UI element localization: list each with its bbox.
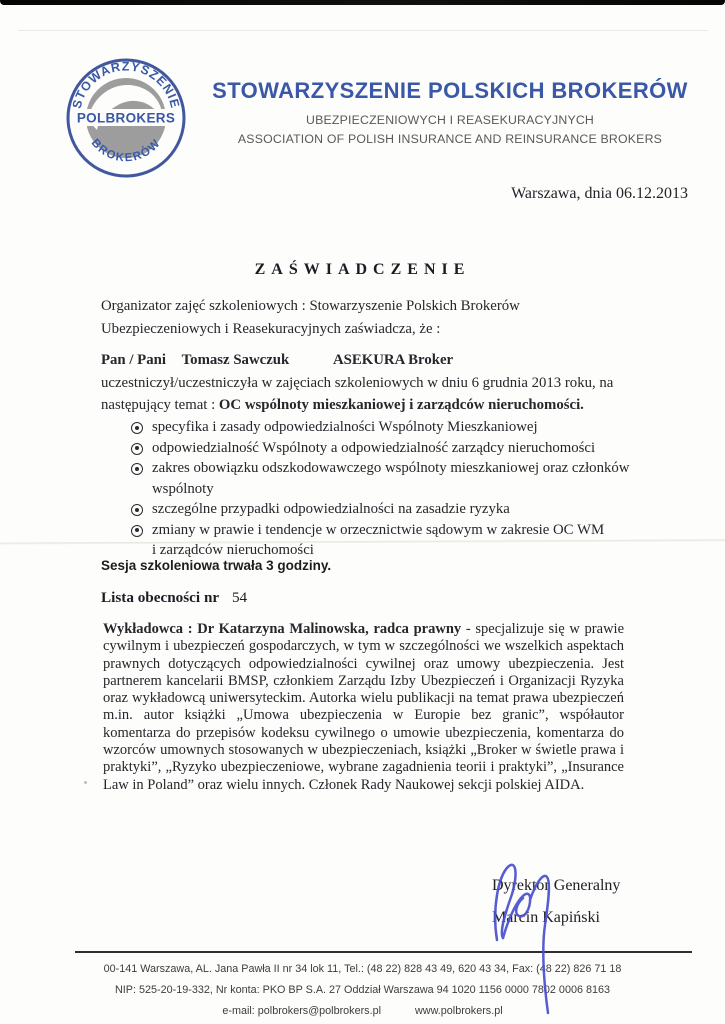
bullet-text: szczególne przypadki odpowiedzialności n… xyxy=(152,499,510,520)
fisheye-bullet-icon xyxy=(131,463,143,475)
certificate-heading: ZAŚWIADCZENIE xyxy=(0,261,725,279)
intro-line-1: Organizator zajęć szkoleniowych : Stowar… xyxy=(101,295,520,318)
fisheye-bullet-icon xyxy=(131,422,143,434)
topic-bullet-list: specyfika i zasady odpowiedzialności Wsp… xyxy=(131,417,676,561)
list-item: zakres obowiązku odszkodowawczego wspóln… xyxy=(131,458,676,499)
fisheye-bullet-icon xyxy=(131,525,143,537)
list-item: odpowiedzialność Wspólnoty a odpowiedzia… xyxy=(131,438,676,459)
org-title: STOWARZYSZENIE POLSKICH BROKERÓW xyxy=(200,78,700,104)
list-item: specyfika i zasady odpowiedzialności Wsp… xyxy=(131,417,676,438)
participant-block: Pan / Pani Tomasz Sawczuk ASEKURA Broker… xyxy=(101,349,613,417)
footer-address-line: 00-141 Warszawa, AL. Jana Pawła II nr 34… xyxy=(0,959,725,980)
participant-name: Tomasz Sawczuk xyxy=(182,352,290,368)
org-subtitle-pl: UBEZPIECZENIOWYCH I REASEKURACYJNYCH xyxy=(200,113,700,127)
attendance-line-2: następujący temat : OC wspólnoty mieszka… xyxy=(101,394,613,417)
attendance-line-1: uczestniczył/uczestniczyła w zajęciach s… xyxy=(101,372,613,395)
footer: 00-141 Warszawa, AL. Jana Pawła II nr 34… xyxy=(0,959,725,1022)
attendance-list-number: 54 xyxy=(232,589,247,606)
lecturer-bio: Wykładowca : Dr Katarzyna Malinowska, ra… xyxy=(103,621,624,794)
attendance-list-label: Lista obecności nr xyxy=(101,589,219,606)
training-topic: OC wspólnoty mieszkaniowej i zarządców n… xyxy=(219,397,584,413)
participant-row: Pan / Pani Tomasz Sawczuk ASEKURA Broker xyxy=(101,349,613,372)
session-duration: Sesja szkoleniowa trwała 3 godziny. xyxy=(101,558,331,573)
logo-middle-text: POLBROKERS xyxy=(77,111,175,126)
lecturer-name: Wykładowca : Dr Katarzyna Malinowska, ra… xyxy=(103,621,461,637)
participant-prefix: Pan / Pani xyxy=(101,352,166,368)
footer-contact-line: e-mail: polbrokers@polbrokers.plwww.polb… xyxy=(0,1001,725,1022)
fisheye-bullet-icon xyxy=(131,443,143,455)
dateline: Warszawa, dnia 06.12.2013 xyxy=(511,185,688,203)
org-subtitle-en: ASSOCIATION OF POLISH INSURANCE AND REIN… xyxy=(200,132,700,146)
letterhead: STOWARZYSZENIE POLSKICH BROKERÓW UBEZPIE… xyxy=(200,78,700,146)
topic-prefix: następujący temat : xyxy=(101,397,219,413)
footer-email: e-mail: polbrokers@polbrokers.pl xyxy=(222,1005,381,1017)
bullet-text: specyfika i zasady odpowiedzialności Wsp… xyxy=(152,417,538,438)
polbrokers-logo: STOWARZYSZENIE BROKERÓW POLBROKERS xyxy=(64,56,188,180)
lecturer-bio-text: - specjalizuje się w prawie cywilnym i u… xyxy=(103,621,624,793)
fisheye-bullet-icon xyxy=(131,504,143,516)
scan-hairline-artifact xyxy=(18,30,708,31)
bullet-text: zakres obowiązku odszkodowawczego wspóln… xyxy=(152,458,629,499)
scan-speck-artifact xyxy=(84,781,87,784)
bullet-text: odpowiedzialność Wspólnoty a odpowiedzia… xyxy=(152,438,595,459)
list-item: szczególne przypadki odpowiedzialności n… xyxy=(131,499,676,520)
scanned-certificate-page: STOWARZYSZENIE BROKERÓW POLBROKERS STOWA… xyxy=(0,0,725,1024)
scan-edge-artifact xyxy=(0,0,725,5)
footer-bank-line: NIP: 525-20-19-332, Nr konta: PKO BP S.A… xyxy=(0,980,725,1001)
handwritten-signature xyxy=(470,855,580,1024)
footer-divider xyxy=(75,951,692,953)
intro-paragraph: Organizator zajęć szkoleniowych : Stowar… xyxy=(101,295,520,341)
attendance-list: Lista obecności nr 54 xyxy=(101,589,247,607)
intro-line-2: Ubezpieczeniowych i Reasekuracyjnych zaś… xyxy=(101,318,520,341)
participant-company: ASEKURA Broker xyxy=(333,352,453,368)
